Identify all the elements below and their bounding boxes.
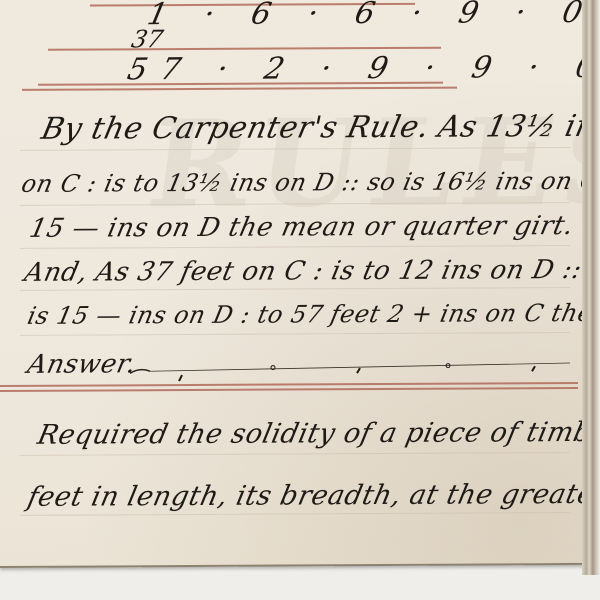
- text-line-8: feet in length, its breadth, at the grea…: [25, 479, 600, 513]
- text-line-3: 15 — ins on D the mean or quarter girt. …: [27, 211, 600, 244]
- calc-result: 57 · 2 · 9 · 9 · 0: [124, 50, 600, 88]
- calc-carry: 37: [129, 25, 165, 53]
- faint-ruled-line: [20, 452, 570, 456]
- manuscript-page: RULES 1 · 6 · 6 · 9 · 0 37 57 · 2 · 9 · …: [0, 0, 585, 568]
- text-line-7: Required the solidity of a piece of timb…: [35, 416, 600, 450]
- text-line-4: And, As 37 feet on C : is to 12 ins on D…: [22, 255, 600, 288]
- text-line-6-answer: Answer.: [25, 349, 139, 380]
- book-page-edges: [582, 0, 600, 575]
- calc-row-1: 1 · 6 · 6 · 9 · 0: [144, 0, 599, 32]
- text-line-2: on C : is to 13½ ins on D :: so is 16½ i…: [19, 167, 600, 198]
- faint-ruled-line: [20, 245, 570, 249]
- faint-ruled-line: [20, 512, 570, 516]
- sum-rule-middle: [48, 47, 441, 51]
- sum-rule-double-2: [22, 87, 457, 91]
- faint-ruled-line: [20, 287, 570, 291]
- answer-flourish-line: [130, 353, 570, 385]
- text-line-5: is 15 — ins on D : to 57 feet 2 + ins on…: [25, 299, 596, 330]
- faint-ruled-line: [20, 332, 570, 336]
- text-line-1: By the Carpenter's Rule. As 13½ ins: [38, 109, 600, 147]
- section-divider-2: [0, 387, 578, 392]
